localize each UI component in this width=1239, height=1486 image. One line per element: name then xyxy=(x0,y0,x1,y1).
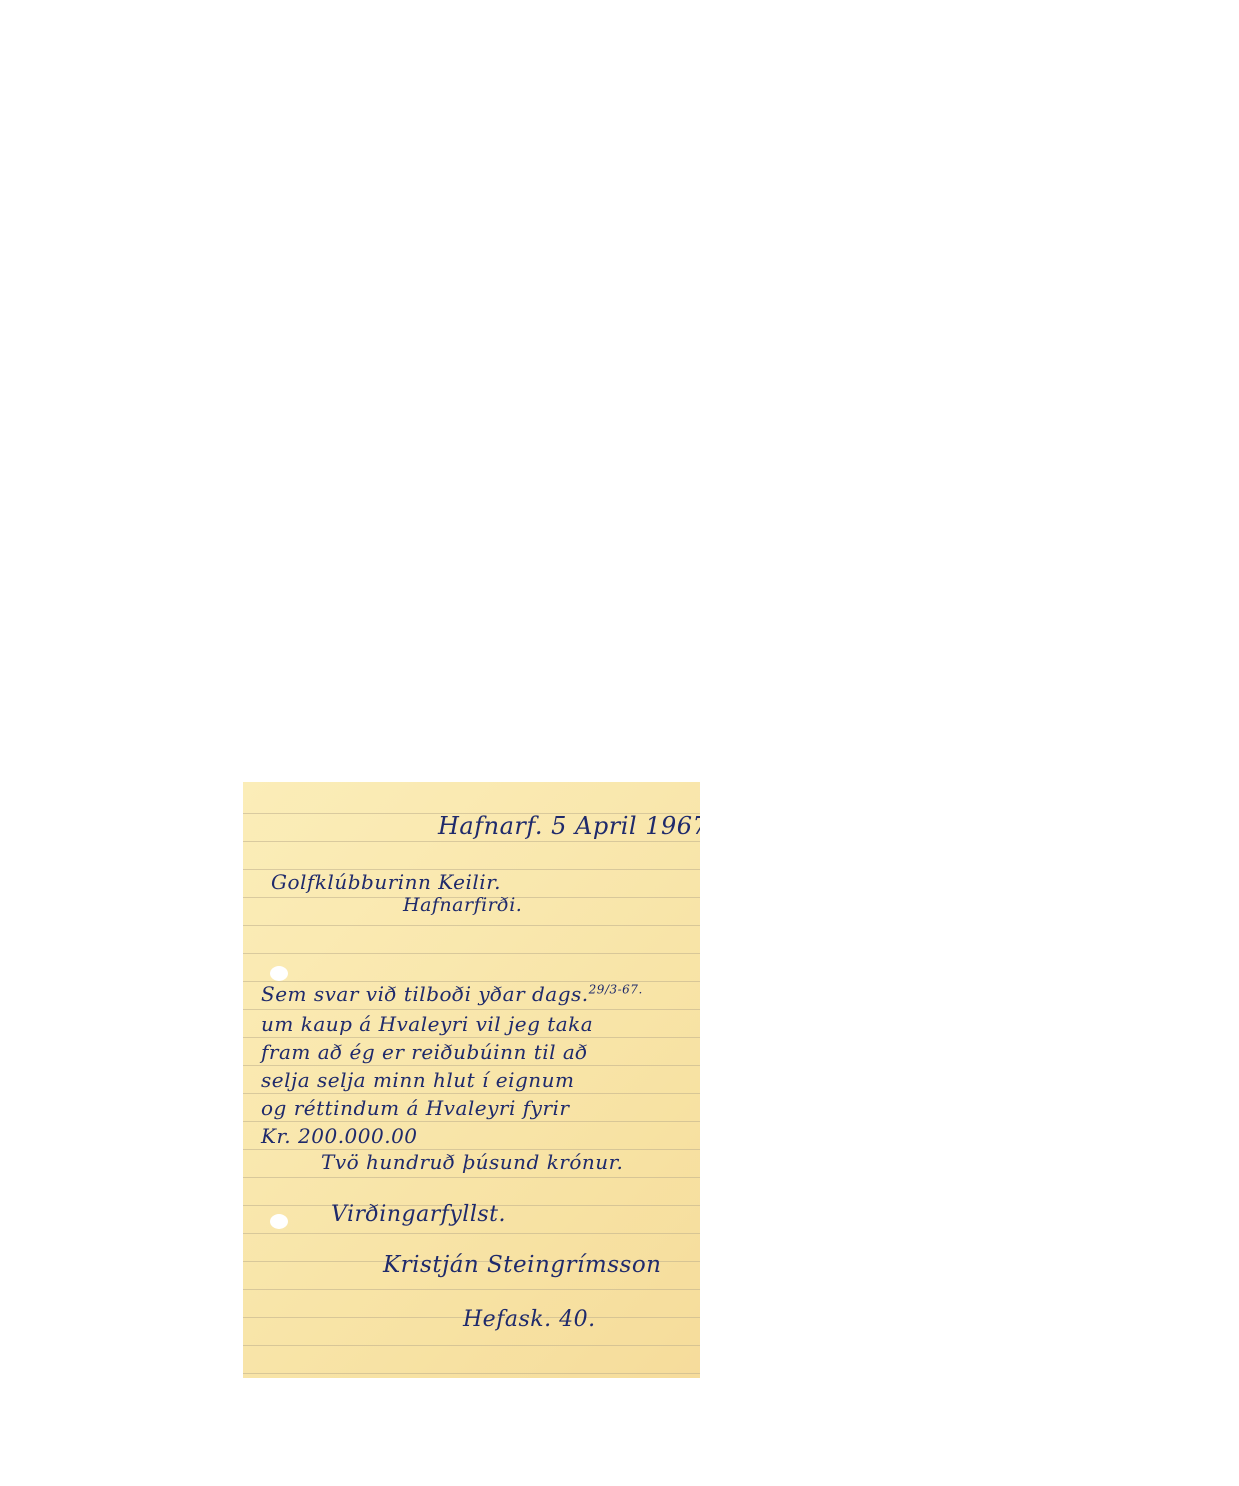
place-date: Hafnarf. 5 April 1967. xyxy=(438,812,700,840)
recipient: Golfklúbburinn Keilir. xyxy=(271,870,501,894)
body-line-1: Sem svar við tilboði yðar dags.29/3-67. xyxy=(261,982,643,1006)
reference-date: 29/3-67. xyxy=(589,982,643,996)
body-line-3: fram að ég er reiðubúinn til að xyxy=(261,1040,588,1064)
sender-address: Hefask. 40. xyxy=(463,1307,596,1332)
amount-figure: Kr. 200.000.00 xyxy=(261,1124,418,1148)
recipient-city: Hafnarfirði. xyxy=(403,894,522,916)
punch-hole-top xyxy=(270,966,288,981)
handwritten-letter: Hafnarf. 5 April 1967. Golfklúbburinn Ke… xyxy=(243,782,700,1378)
body-line-2: um kaup á Hvaleyri vil jeg taka xyxy=(261,1012,593,1036)
amount-in-words: Tvö hundruð þúsund krónur. xyxy=(321,1150,623,1174)
body-line-4: selja selja minn hlut í eignum xyxy=(261,1068,575,1092)
punch-hole-bottom xyxy=(270,1214,288,1229)
closing: Virðingarfyllst. xyxy=(331,1202,506,1227)
signature: Kristján Steingrímsson xyxy=(383,1252,661,1278)
body-line-5: og réttindum á Hvaleyri fyrir xyxy=(261,1096,569,1120)
